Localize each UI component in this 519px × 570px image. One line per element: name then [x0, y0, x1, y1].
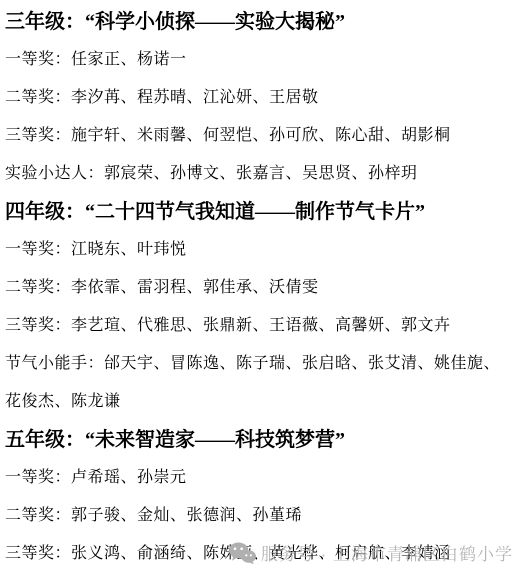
section-heading-grade4: 四年级：“二十四节气我知道——制作节气卡片” — [5, 190, 515, 228]
award-line-grade3-third: 三等奖：施宇轩、米雨馨、何翌恺、孙可欣、陈心甜、胡影桐 — [5, 114, 515, 152]
section-heading-grade5: 五年级：“未来智造家——科技筑梦营” — [5, 418, 515, 456]
award-line-grade5-third: 三等奖：张义鸿、俞涵绮、陈姝画、黄光桦、柯启航、李婧涵 — [5, 532, 515, 570]
award-line-grade3-special: 实验小达人：郭宸荣、孙博文、张嘉言、吴思贤、孙梓玥 — [5, 152, 515, 190]
section-heading-grade3: 三年级：“科学小侦探——实验大揭秘” — [5, 0, 515, 38]
award-line-grade4-special: 节气小能手：邰天宇、冒陈逸、陈子瑞、张启晗、张艾清、姚佳旎、 — [5, 342, 515, 380]
award-line-grade4-second: 二等奖：李依霏、雷羽程、郭佳承、沃倩雯 — [5, 266, 515, 304]
award-line-grade5-first: 一等奖：卢希瑶、孙崇元 — [5, 456, 515, 494]
award-line-grade3-first: 一等奖：任家正、杨诺一 — [5, 38, 515, 76]
award-line-grade4-first: 一等奖：江晓东、叶玮悦 — [5, 228, 515, 266]
award-document: 三年级：“科学小侦探——实验大揭秘” 一等奖：任家正、杨诺一 二等奖：李汐苒、程… — [0, 0, 519, 570]
award-line-grade4-third: 三等奖：李艺瑄、代雅思、张鼎新、王语薇、高馨妍、郭文卉 — [5, 304, 515, 342]
award-line-grade5-second: 二等奖：郭子骏、金灿、张德润、孙堇琋 — [5, 494, 515, 532]
award-line-grade3-second: 二等奖：李汐苒、程苏晴、江沁妍、王居敬 — [5, 76, 515, 114]
award-line-grade4-special-wrap: 花俊杰、陈龙谦 — [5, 380, 515, 418]
